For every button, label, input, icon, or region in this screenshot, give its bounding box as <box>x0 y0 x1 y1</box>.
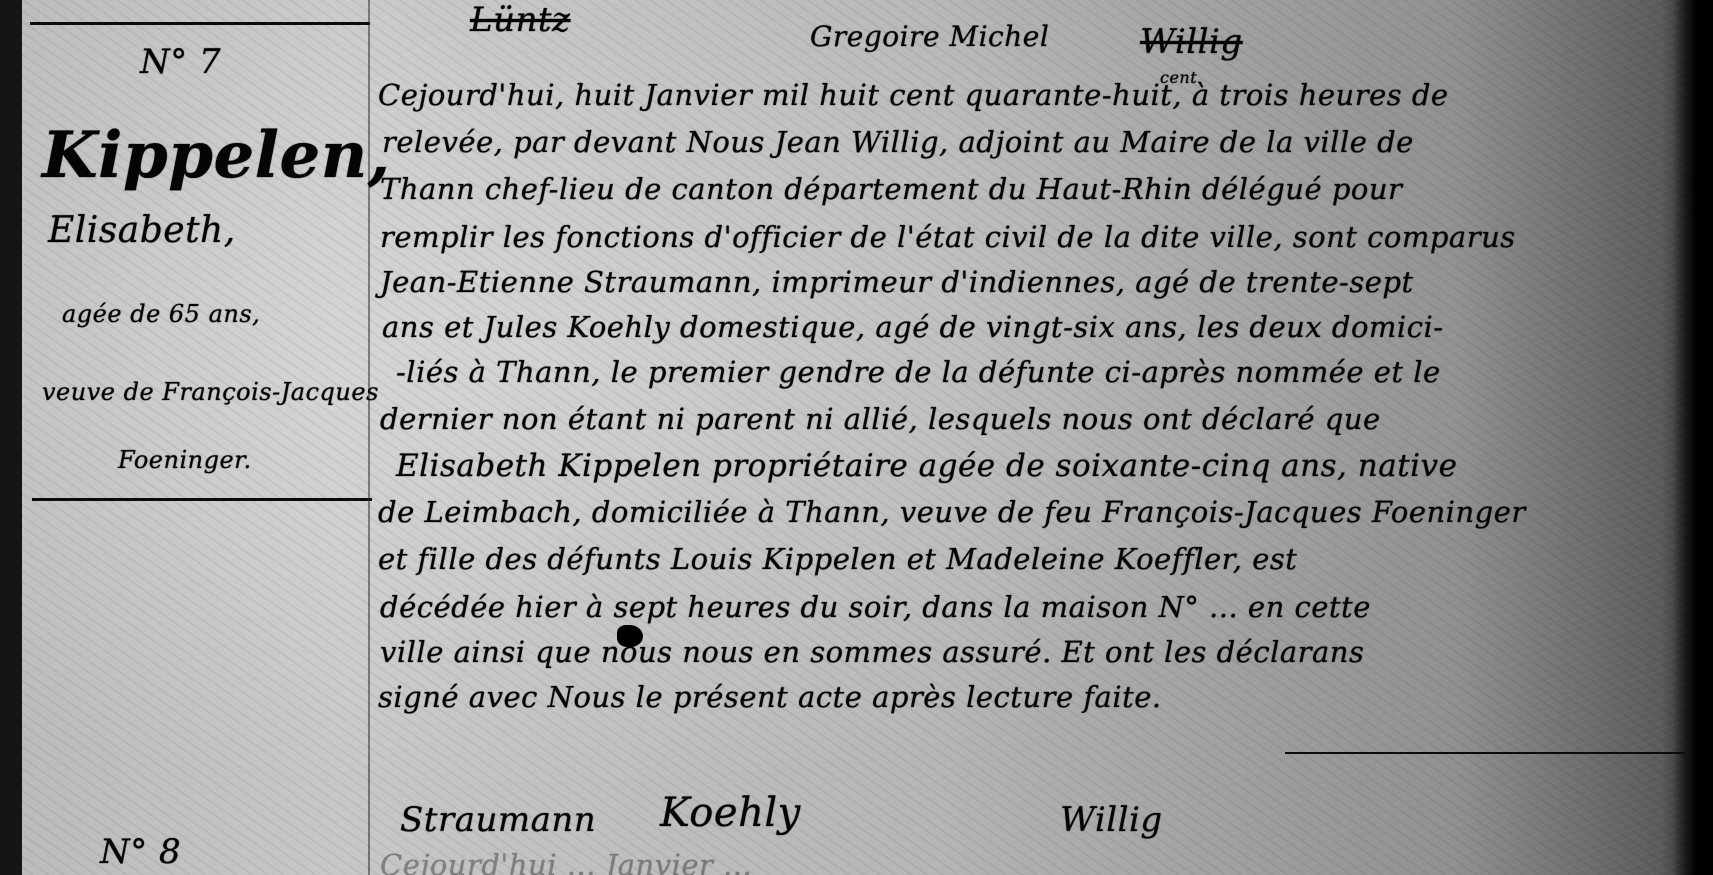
signature-declarant-2: Koehly <box>660 790 801 836</box>
closing-rule <box>1285 752 1685 754</box>
margin-given-name: Elisabeth, <box>48 210 236 251</box>
ink-blot <box>617 625 643 647</box>
body-line-6: ans et Jules Koehly domestique, agé de v… <box>382 310 1444 344</box>
body-line-7: -liés à Thann, le premier gendre de la d… <box>396 355 1441 389</box>
body-line-12: décédée hier à sept heures du soir, dans… <box>380 590 1371 624</box>
scan-right-shadow <box>1673 0 1713 875</box>
margin-next-record-number: N° 8 <box>100 832 181 872</box>
previous-signature-2: Gregoire Michel <box>810 20 1049 53</box>
scan-left-border <box>0 0 22 875</box>
scanned-register-page: N° 7 Kippelen, Elisabeth, agée de 65 ans… <box>0 0 1713 875</box>
previous-signature-3: Willig <box>1140 22 1243 62</box>
margin-surname: Kippelen, <box>42 118 391 193</box>
body-line-3: Thann chef-lieu de canton département du… <box>380 172 1402 206</box>
body-line-13: ville ainsi que nous nous en sommes assu… <box>380 635 1364 669</box>
margin-widow-note-continued: Foeninger. <box>118 446 252 474</box>
signature-officer: Willig <box>1060 800 1163 840</box>
body-line-8: dernier non étant ni parent ni allié, le… <box>380 402 1381 436</box>
body-line-11: et fille des défunts Louis Kippelen et M… <box>378 542 1297 576</box>
body-line-9: Elisabeth Kippelen propriétaire agée de … <box>396 448 1457 484</box>
margin-record-number: N° 7 <box>140 42 221 82</box>
body-line-5: Jean-Etienne Straumann, imprimeur d'indi… <box>380 265 1414 299</box>
body-line-10: de Leimbach, domiciliée à Thann, veuve d… <box>378 495 1526 529</box>
signature-declarant-1: Straumann <box>400 800 596 840</box>
next-record-start: Cejourd'hui ... Janvier ... <box>380 848 752 875</box>
body-line-14: signé avec Nous le présent acte après le… <box>378 680 1162 714</box>
margin-widow-note: veuve de François-Jacques <box>42 378 379 406</box>
body-line-1: Cejourd'hui, huit Janvier mil huit cent … <box>378 78 1449 112</box>
body-line-4: remplir les fonctions d'officier de l'ét… <box>380 220 1516 254</box>
margin-age-note: agée de 65 ans, <box>62 300 260 328</box>
previous-signature-1: Lüntz <box>470 0 570 40</box>
body-line-2: relevée, par devant Nous Jean Willig, ad… <box>382 125 1414 159</box>
margin-top-rule <box>30 22 370 25</box>
margin-separator-rule <box>32 498 372 501</box>
